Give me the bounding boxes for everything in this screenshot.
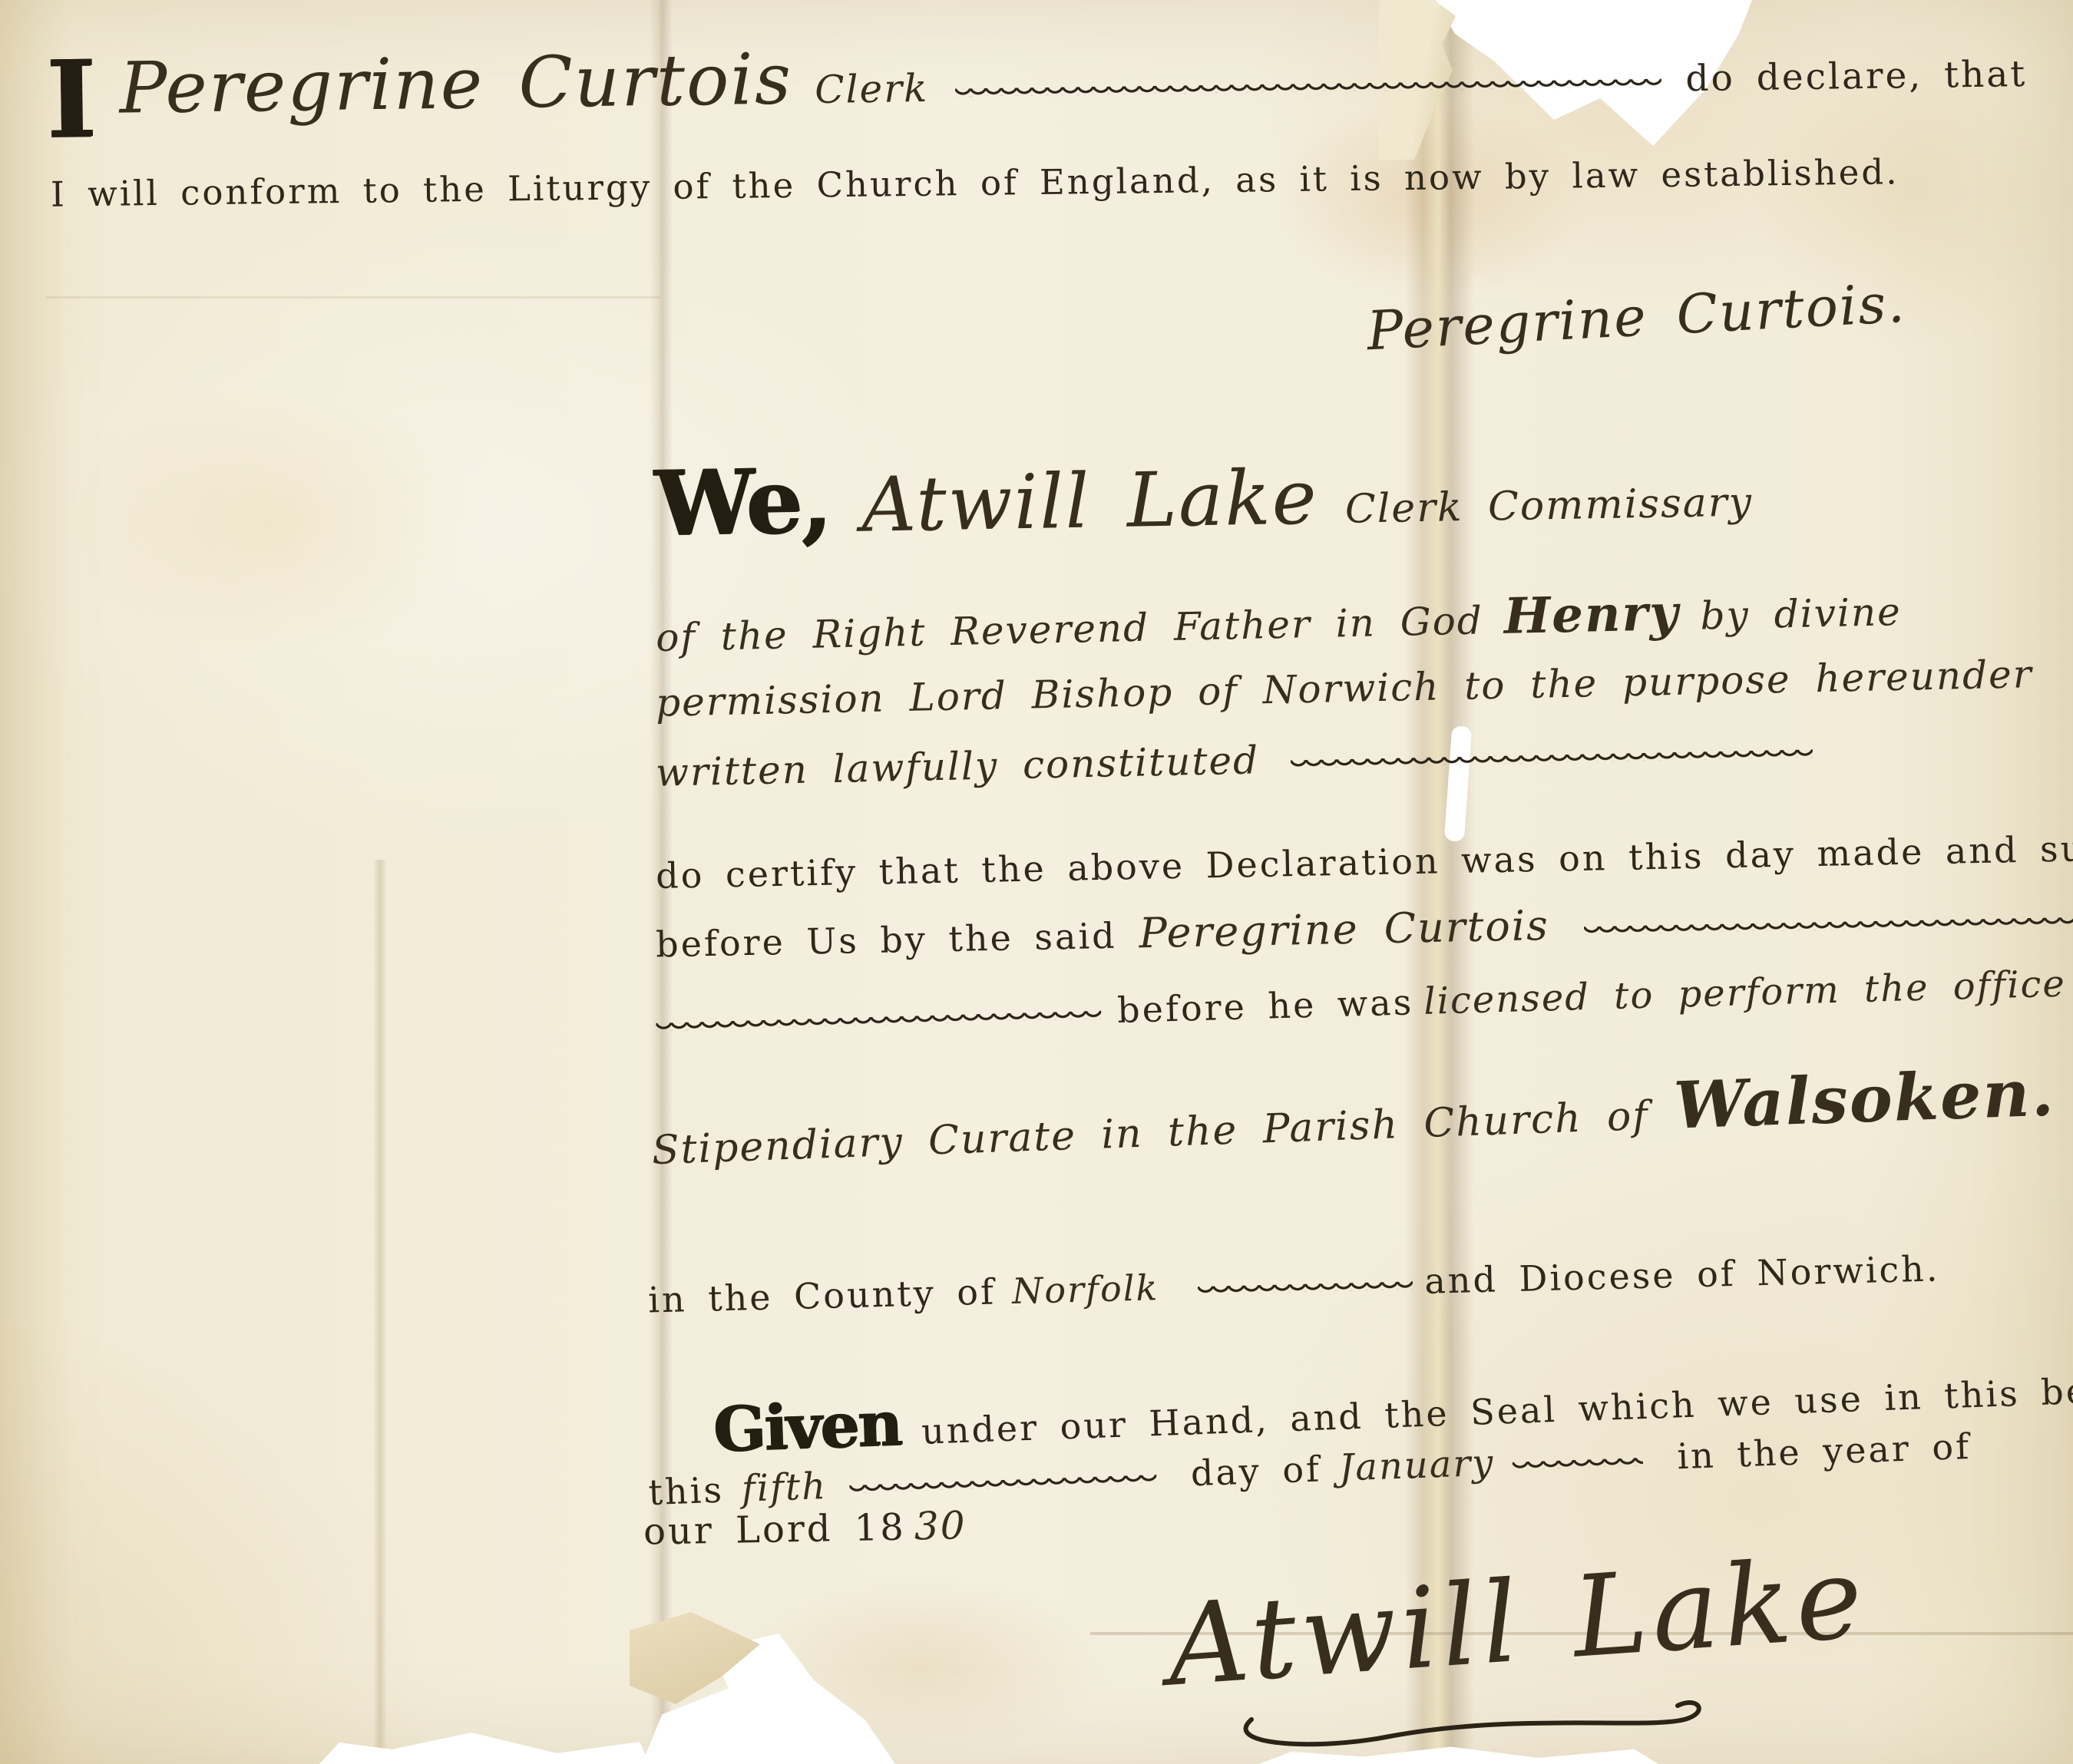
paper-tear — [319, 1726, 650, 1764]
year-clause: in the year of — [1676, 1425, 1972, 1477]
document-page: I Peregrine Curtois Clerk do declare, th… — [0, 0, 2073, 1764]
horizontal-crease — [46, 296, 660, 299]
diocese-clause: and Diocese of Norwich. — [1424, 1247, 1940, 1301]
declare-clause: do declare, that — [1685, 53, 2028, 100]
commissary-title-handwritten: Clerk Commissary — [1344, 480, 1753, 533]
declarant-name-handwritten: Peregrine Curtois — [119, 38, 793, 129]
given-word: Given — [712, 1387, 901, 1465]
certify-line-1: do certify that the above Declaration wa… — [656, 824, 2073, 897]
month-handwritten: January — [1338, 1442, 1495, 1490]
declarant-signature: Peregrine Curtois. — [1365, 272, 1907, 363]
blank-rule — [849, 1475, 1156, 1493]
signature-flourish — [1228, 1689, 1735, 1758]
this-label: this — [648, 1469, 725, 1513]
blank-rule — [1198, 1281, 1413, 1294]
blank-rule — [1584, 917, 2073, 934]
blank-rule — [1512, 1458, 1642, 1470]
blank-rule — [1291, 749, 1813, 768]
we-word: We, — [653, 448, 831, 556]
certify-line-2: before Us by the said — [656, 915, 1117, 966]
day-of-label: day of — [1190, 1448, 1322, 1494]
parish-name-handwritten: Walsoken. — [1672, 1054, 2056, 1143]
declaration-body: I will conform to the Liturgy of the Chu… — [51, 151, 1899, 214]
certify-line-3: before he was — [1116, 981, 1413, 1031]
lord-year-printed: our Lord 18 — [643, 1506, 907, 1554]
subscriber-name-handwritten: Peregrine Curtois — [1139, 901, 1549, 957]
county-label: in the County of — [648, 1270, 997, 1320]
office-handwritten: Stipendiary Curate in the Parish Church … — [651, 1093, 1650, 1174]
lord-year-handwritten: 30 — [914, 1503, 967, 1548]
vertical-fold-crease — [373, 860, 387, 1764]
certify-line-3b-handwritten: licensed to perform the office of — [1423, 960, 2073, 1023]
commissary-name-handwritten: Atwill Lake — [861, 454, 1318, 549]
authority-line-1: of the Right Reverend Father in God — [656, 598, 1484, 660]
day-word-handwritten: fifth — [741, 1465, 828, 1511]
paper-stain — [54, 384, 484, 660]
commissary-signature: Atwill Lake — [1163, 1532, 1871, 1711]
blank-rule — [656, 1011, 1101, 1031]
authority-line-3: written lawfully constituted — [656, 738, 1260, 794]
authority-line-1b: by divine — [1700, 590, 1902, 638]
illuminated-initial: I — [45, 36, 95, 162]
bishop-name-handwritten: Henry — [1503, 584, 1680, 646]
authority-line-2: permission Lord Bishop of Norwich to the… — [656, 652, 2034, 725]
county-handwritten: Norfolk — [1011, 1267, 1159, 1312]
blank-rule — [955, 79, 1661, 97]
declarant-title-handwritten: Clerk — [815, 66, 929, 112]
